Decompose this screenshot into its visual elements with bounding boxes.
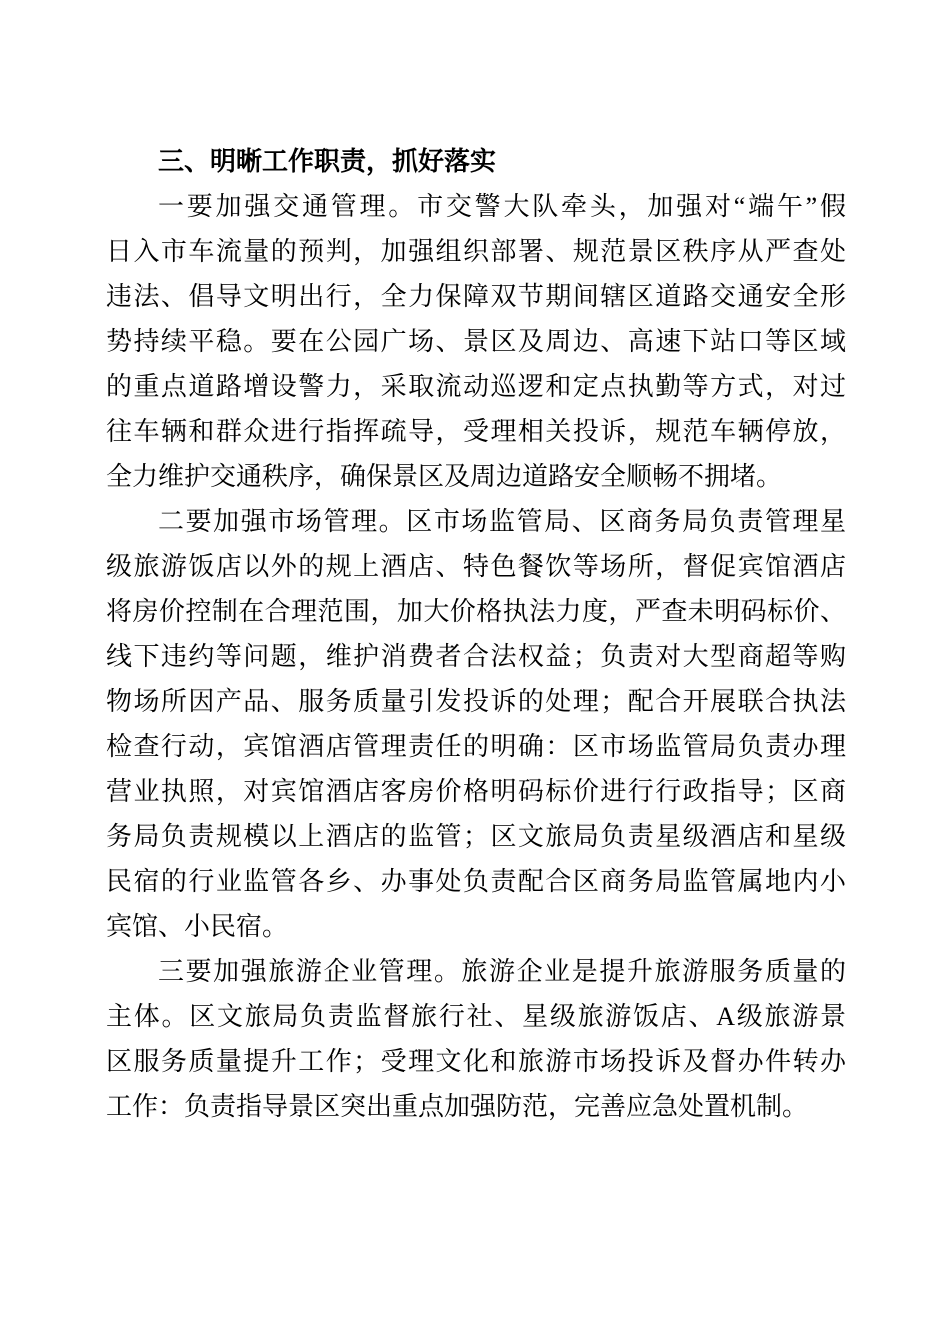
text-line: 日入市车流量的预判，加强组织部署、规范景区秩序从严查处 xyxy=(106,229,846,274)
text-line: 物场所因产品、服务质量引发投诉的处理；配合开展联合执法 xyxy=(106,679,846,724)
text-line: 工作：负责指导景区突出重点加强防范，完善应急处置机制。 xyxy=(106,1084,846,1129)
text-line: 势持续平稳。要在公园广场、景区及周边、高速下站口等区域 xyxy=(106,319,846,364)
paragraph-traffic-management: 一要加强交通管理。市交警大队牵头，加强对“端午”假 日入市车流量的预判，加强组织… xyxy=(106,184,846,499)
text-line: 将房价控制在合理范围，加大价格执法力度，严查未明码标价、 xyxy=(106,589,846,634)
text-line: 的重点道路增设警力，采取流动巡逻和定点执勤等方式，对过 xyxy=(106,364,846,409)
text-line: 往车辆和群众进行指挥疏导，受理相关投诉，规范车辆停放， xyxy=(106,409,846,454)
text-line: 全力维护交通秩序，确保景区及周边道路安全顺畅不拥堵。 xyxy=(106,454,846,499)
text-line: 区服务质量提升工作；受理文化和旅游市场投诉及督办件转办 xyxy=(106,1039,846,1084)
text-line: 二要加强市场管理。区市场监管局、区商务局负责管理星 xyxy=(106,499,846,544)
paragraph-market-management: 二要加强市场管理。区市场监管局、区商务局负责管理星 级旅游饭店以外的规上酒店、特… xyxy=(106,499,846,949)
text-line: 三要加强旅游企业管理。旅游企业是提升旅游服务质量的 xyxy=(106,949,846,994)
document-page: 三、明晰工作职责，抓好落实 一要加强交通管理。市交警大队牵头，加强对“端午”假 … xyxy=(0,0,950,1344)
text-line: 民宿的行业监管各乡、办事处负责配合区商务局监管属地内小 xyxy=(106,859,846,904)
paragraph-tourism-enterprise-management: 三要加强旅游企业管理。旅游企业是提升旅游服务质量的 主体。区文旅局负责监督旅行社… xyxy=(106,949,846,1129)
section-heading: 三、明晰工作职责，抓好落实 xyxy=(106,139,846,184)
text-line: 宾馆、小民宿。 xyxy=(106,904,846,949)
text-line: 级旅游饭店以外的规上酒店、特色餐饮等场所，督促宾馆酒店 xyxy=(106,544,846,589)
text-line: 线下违约等问题，维护消费者合法权益；负责对大型商超等购 xyxy=(106,634,846,679)
text-line: 营业执照，对宾馆酒店客房价格明码标价进行行政指导；区商 xyxy=(106,769,846,814)
text-line: 务局负责规模以上酒店的监管；区文旅局负责星级酒店和星级 xyxy=(106,814,846,859)
text-line: 检查行动，宾馆酒店管理责任的明确：区市场监管局负责办理 xyxy=(106,724,846,769)
text-line: 违法、倡导文明出行，全力保障双节期间辖区道路交通安全形 xyxy=(106,274,846,319)
text-line: 一要加强交通管理。市交警大队牵头，加强对“端午”假 xyxy=(106,184,846,229)
text-line: 主体。区文旅局负责监督旅行社、星级旅游饭店、A级旅游景 xyxy=(106,994,846,1039)
